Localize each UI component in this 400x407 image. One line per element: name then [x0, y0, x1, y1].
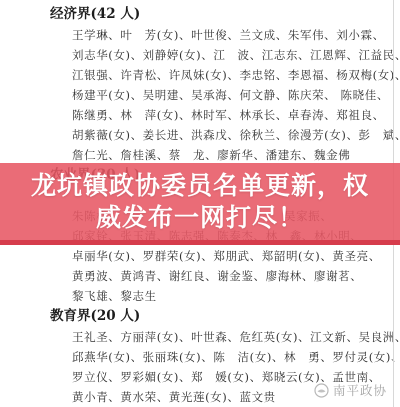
headline-line-2: 威发布一网打尽！ — [0, 202, 400, 234]
name-row: 刘志华(女)、刘静婷(女)、江 波、江志东、江恩辉、江益民、 — [0, 45, 400, 65]
watermark: 南平政协 — [314, 381, 387, 399]
section-economic: 经济界(42 人) 王学琳、叶 芳(女)、叶世俊、兰文成、朱军伟、刘小霖、刘志华… — [0, 4, 400, 165]
name-row: 黄勇波、黄鸿青、谢红良、谢金鉴、廖海林、廖谢茗、 — [0, 266, 400, 286]
section-heading: 教育界(20 人) — [0, 306, 400, 326]
headline-overlay-banner: 龙坑镇政协委员名单更新，权 威发布一网打尽！ — [0, 163, 400, 245]
watermark-label: 南平政协 — [333, 381, 387, 399]
section-rows: 王学琳、叶 芳(女)、叶世俊、兰文成、朱军伟、刘小霖、刘志华(女)、刘静婷(女)… — [0, 25, 400, 165]
publisher-logo-icon — [314, 383, 329, 398]
name-row: 卓丽华(女)、罗群荣(女)、郑朋武、郑韶明(女)、黄圣亮、 — [0, 246, 400, 266]
name-row: 詹仁光、詹桂溪、蔡 龙、廖新华、潘建东、魏金佛 — [0, 145, 400, 165]
name-row: 王学琳、叶 芳(女)、叶世俊、兰文成、朱军伟、刘小霖、 — [0, 25, 400, 45]
name-row: 黎飞雄、黎志生 — [0, 286, 400, 306]
document-page: 经济界(42 人) 王学琳、叶 芳(女)、叶世俊、兰文成、朱军伟、刘小霖、刘志华… — [0, 0, 400, 407]
name-row: 邱燕华(女)、张丽珠(女)、陈 洁(女)、林 勇、罗付灵(女)、 — [0, 347, 400, 367]
name-row: 江银强、许青松、许凤妹(女)、李忠铭、李恩福、杨双梅(女)、 — [0, 65, 400, 85]
name-row: 陈继勇、林 萍(女)、林时军、林承长、卓春涛、郑祖良、 — [0, 105, 400, 125]
name-row: 胡紫薇(女)、姜长进、洪森戊、徐秋兰、徐漫芳(女)、彭 斌、 — [0, 125, 400, 145]
headline-line-1: 龙坑镇政协委员名单更新，权 — [0, 163, 400, 202]
name-row: 杨建平(女)、吴明建、吴承海、何文静、陈庆荣、 陈晓佳、 — [0, 85, 400, 105]
name-row: 王礼圣、方丽萍(女)、叶世森、危红英(女)、江文新、吴良洲、 — [0, 327, 400, 347]
section-heading: 经济界(42 人) — [0, 4, 400, 24]
